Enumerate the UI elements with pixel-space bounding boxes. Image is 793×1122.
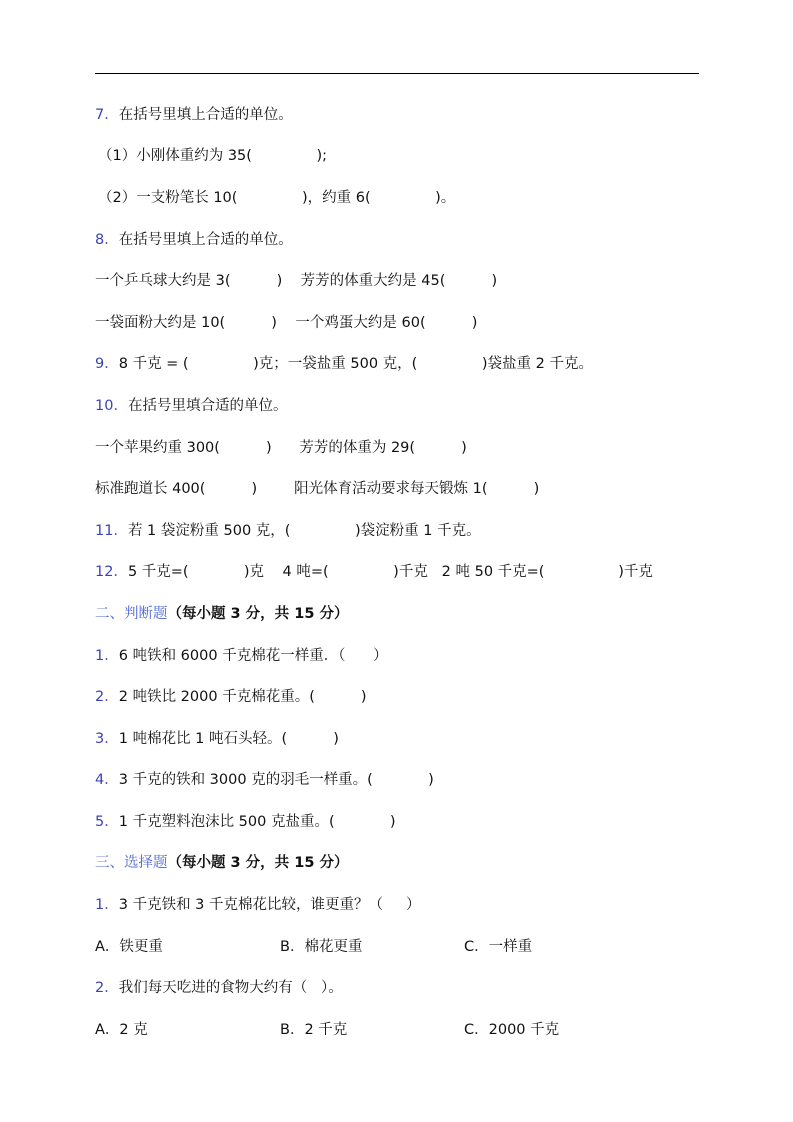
question-stem: 若 1 袋淀粉重 500 克，( )袋淀粉重 1 千克。 bbox=[128, 523, 481, 539]
mc-1-option-c: C．一样重 bbox=[464, 937, 532, 957]
question-number: 9 bbox=[95, 356, 104, 372]
question-stem: 在括号里填合适的单位。 bbox=[128, 398, 288, 414]
mc-2-option-b: B．2 千克 bbox=[280, 1020, 347, 1040]
mc-2-option-a: A．2 克 bbox=[95, 1020, 148, 1040]
question-8-line-2: 一袋面粉大约是 10( ) 一个鸡蛋大约是 60( ) bbox=[95, 313, 477, 333]
question-10-line-1: 一个苹果约重 300( ) 芳芳的体重为 29( ) bbox=[95, 438, 467, 458]
question-9: 9．8 千克 = ( )克；一袋盐重 500 克，( )袋盐重 2 千克。 bbox=[95, 354, 593, 374]
tf-item-1: 1．6 吨铁和 6000 千克棉花一样重．（ ） bbox=[95, 646, 388, 666]
question-7-line-2: （2）一支粉笔长 10( )，约重 6( )。 bbox=[98, 188, 455, 208]
section-heading-true-false: 二、判断题（每小题 3 分，共 15 分） bbox=[95, 604, 348, 624]
question-stem: 在括号里填上合适的单位。 bbox=[119, 232, 293, 248]
tf-item-3: 3．1 吨棉花比 1 吨石头轻。( ) bbox=[95, 729, 339, 749]
question-10-line-2: 标准跑道长 400( ) 阳光体育活动要求每天锻炼 1( ) bbox=[95, 479, 539, 499]
question-number: 8 bbox=[95, 232, 104, 248]
question-7: 7．在括号里填上合适的单位。 bbox=[95, 105, 293, 125]
question-stem: 8 千克 = ( )克；一袋盐重 500 克，( )袋盐重 2 千克。 bbox=[119, 356, 593, 372]
section-note: （每小题 3 分，共 15 分） bbox=[168, 606, 349, 622]
mc-item-1: 1．3 千克铁和 3 千克棉花比较，谁更重？（ ） bbox=[95, 895, 421, 915]
question-8: 8．在括号里填上合适的单位。 bbox=[95, 230, 293, 250]
mc-1-option-b: B．棉花更重 bbox=[280, 937, 362, 957]
tf-item-4: 4．3 千克的铁和 3000 克的羽毛一样重。( ) bbox=[95, 770, 434, 790]
mc-item-2: 2．我们每天吃进的食物大约有（ ）。 bbox=[95, 978, 343, 998]
question-number: 11 bbox=[95, 523, 113, 539]
section-note: （每小题 3 分，共 15 分） bbox=[168, 855, 349, 871]
question-11: 11．若 1 袋淀粉重 500 克，( )袋淀粉重 1 千克。 bbox=[95, 521, 481, 541]
mc-1-option-a: A．铁更重 bbox=[95, 937, 163, 957]
mc-2-option-c: C．2000 千克 bbox=[464, 1020, 559, 1040]
question-number: 7 bbox=[95, 107, 104, 123]
question-number: 12 bbox=[95, 564, 113, 580]
tf-item-2: 2．2 吨铁比 2000 千克棉花重。( ) bbox=[95, 687, 367, 707]
section-title: 二、判断题 bbox=[95, 606, 168, 622]
header-rule bbox=[95, 73, 699, 74]
question-number: 10 bbox=[95, 398, 113, 414]
question-7-line-1: （1）小刚体重约为 35( ); bbox=[98, 146, 327, 166]
question-12: 12．5 千克=( )克 4 吨=( )千克 2 吨 50 千克=( )千克 bbox=[95, 562, 653, 582]
question-stem: 5 千克=( )克 4 吨=( )千克 2 吨 50 千克=( )千克 bbox=[128, 564, 653, 580]
question-stem: 在括号里填上合适的单位。 bbox=[119, 107, 293, 123]
question-8-line-1: 一个乒乓球大约是 3( ) 芳芳的体重大约是 45( ) bbox=[95, 271, 497, 291]
question-10: 10．在括号里填合适的单位。 bbox=[95, 396, 287, 416]
section-title: 三、选择题 bbox=[95, 855, 168, 871]
tf-item-5: 5．1 千克塑料泡沫比 500 克盐重。( ) bbox=[95, 812, 396, 832]
section-heading-multiple-choice: 三、选择题（每小题 3 分，共 15 分） bbox=[95, 853, 348, 873]
